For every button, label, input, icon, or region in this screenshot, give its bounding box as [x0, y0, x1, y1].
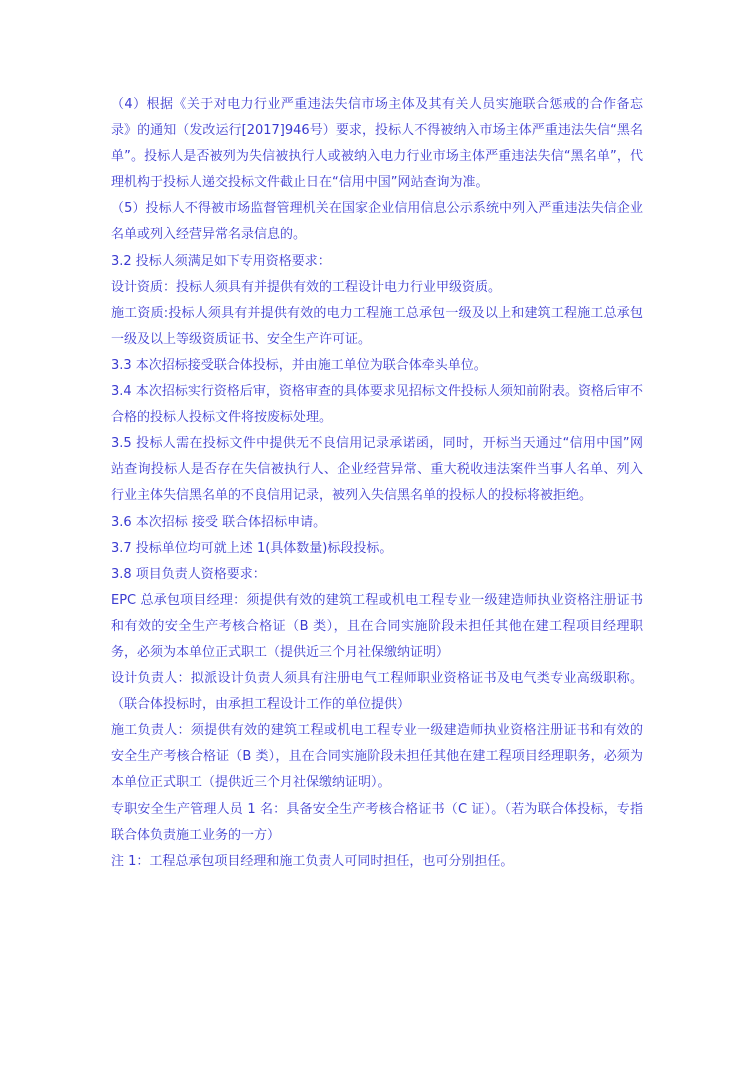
section-3-5: 3.5 投标人需在投标文件中提供无不良信用记录承诺函，同时，开标当天通过“信用中…	[111, 431, 643, 509]
paragraph-market-supervision: （5）投标人不得被市场监督管理机关在国家企业信用信息公示系统中列入严重违法失信企…	[111, 196, 643, 248]
paragraph-design-qualification: 设计资质：投标人须具有并提供有效的工程设计电力行业甲级资质。	[111, 275, 643, 301]
section-3-8-heading: 3.8 项目负责人资格要求：	[111, 562, 643, 588]
paragraph-construction-qualification: 施工资质:投标人须具有并提供有效的电力工程施工总承包一级及以上和建筑工程施工总承…	[111, 301, 643, 353]
section-3-4: 3.4 本次招标实行资格后审，资格审查的具体要求见招标文件投标人须知前附表。资格…	[111, 379, 643, 431]
document-body: （4）根据《关于对电力行业严重违法失信市场主体及其有关人员实施联合惩戒的合作备忘…	[111, 92, 643, 875]
paragraph-credit-blacklist: （4）根据《关于对电力行业严重违法失信市场主体及其有关人员实施联合惩戒的合作备忘…	[111, 92, 643, 196]
note-1: 注 1：工程总承包项目经理和施工负责人可同时担任，也可分别担任。	[111, 849, 643, 875]
section-3-7: 3.7 投标单位均可就上述 1(具体数量)标段投标。	[111, 536, 643, 562]
paragraph-safety-manager: 专职安全生产管理人员 1 名：具备安全生产考核合格证书（C 证）。（若为联合体投…	[111, 797, 643, 849]
section-3-6: 3.6 本次招标 接受 联合体招标申请。	[111, 510, 643, 536]
paragraph-epc-manager: EPC 总承包项目经理：须提供有效的建筑工程或机电工程专业一级建造师执业资格注册…	[111, 588, 643, 666]
paragraph-design-lead: 设计负责人：拟派设计负责人须具有注册电气工程师职业资格证书及电气类专业高级职称。…	[111, 666, 643, 718]
section-3-2-heading: 3.2 投标人须满足如下专用资格要求：	[111, 249, 643, 275]
paragraph-construction-lead: 施工负责人：须提供有效的建筑工程或机电工程专业一级建造师执业资格注册证书和有效的…	[111, 718, 643, 796]
section-3-3: 3.3 本次招标接受联合体投标，并由施工单位为联合体牵头单位。	[111, 353, 643, 379]
